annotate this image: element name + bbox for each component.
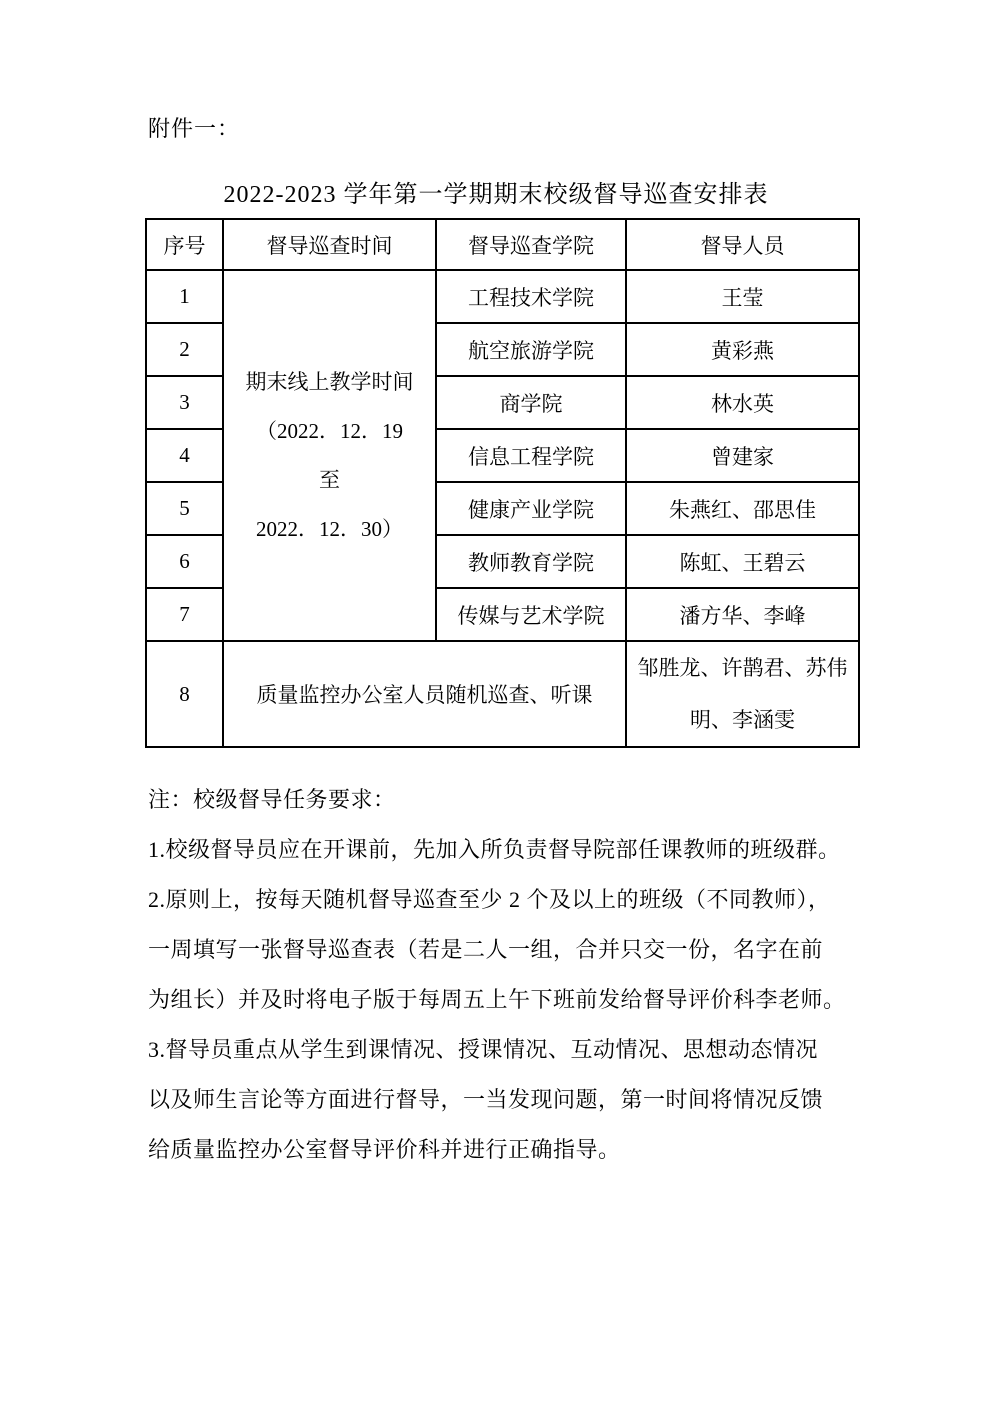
cell-random-inspection-desc: 质量监控办公室人员随机巡查、听课 [223, 641, 626, 747]
cell-college: 健康产业学院 [436, 482, 626, 535]
note-item-3-line: 给质量监控办公室督导评价科并进行正确指导。 [148, 1125, 864, 1175]
time-line: 至 [224, 456, 435, 505]
cell-college: 商学院 [436, 376, 626, 429]
cell-row-no: 6 [146, 535, 223, 588]
cell-row-no: 3 [146, 376, 223, 429]
cell-inspection-time: 期末线上教学时间 （2022．12．19 至 2022．12．30） [223, 270, 436, 641]
note-item-2-line: 一周填写一张督导巡查表（若是二人一组，合并只交一份，名字在前 [148, 925, 864, 975]
cell-supervisor: 林水英 [626, 376, 859, 429]
cell-college: 教师教育学院 [436, 535, 626, 588]
table-row: 1 期末线上教学时间 （2022．12．19 至 2022．12．30） 工程技… [146, 270, 859, 323]
document-page: 附件一： 2022-2023 学年第一学期期末校级督导巡查安排表 序号 督导巡查… [0, 0, 992, 1403]
inspection-schedule-table: 序号 督导巡查时间 督导巡查学院 督导人员 1 期末线上教学时间 （2022．1… [145, 218, 860, 748]
notes-heading: 注：校级督导任务要求： [148, 775, 864, 825]
note-item-2-line: 为组长）并及时将电子版于每周五上午下班前发给督导评价科李老师。 [148, 975, 864, 1025]
cell-supervisor: 曾建家 [626, 429, 859, 482]
cell-row-no: 2 [146, 323, 223, 376]
notes-section: 注：校级督导任务要求： 1.校级督导员应在开课前，先加入所负责督导院部任课教师的… [148, 775, 864, 1175]
cell-row-no: 1 [146, 270, 223, 323]
column-header-supervisor: 督导人员 [626, 219, 859, 270]
column-header-college: 督导巡查学院 [436, 219, 626, 270]
note-item-1-line: 1.校级督导员应在开课前，先加入所负责督导院部任课教师的班级群。 [148, 825, 864, 875]
cell-supervisor: 黄彩燕 [626, 323, 859, 376]
cell-college: 工程技术学院 [436, 270, 626, 323]
cell-supervisor: 邹胜龙、许鹊君、苏伟明、李涵雯 [626, 641, 859, 747]
time-line: 2022．12．30） [224, 505, 435, 554]
cell-supervisor: 陈虹、王碧云 [626, 535, 859, 588]
cell-row-no: 5 [146, 482, 223, 535]
cell-supervisor: 王莹 [626, 270, 859, 323]
cell-college: 传媒与艺术学院 [436, 588, 626, 641]
attachment-label: 附件一： [148, 112, 240, 146]
note-item-2-line: 2.原则上，按每天随机督导巡查至少 2 个及以上的班级（不同教师）， [148, 875, 864, 925]
cell-college: 信息工程学院 [436, 429, 626, 482]
time-line: （2022．12．19 [224, 407, 435, 456]
time-line: 期末线上教学时间 [224, 358, 435, 407]
cell-college: 航空旅游学院 [436, 323, 626, 376]
cell-row-no: 7 [146, 588, 223, 641]
cell-supervisor: 潘方华、李峰 [626, 588, 859, 641]
page-title: 2022-2023 学年第一学期期末校级督导巡查安排表 [0, 176, 992, 214]
note-item-3-line: 以及师生言论等方面进行督导，一当发现问题，第一时间将情况反馈 [148, 1075, 864, 1125]
cell-row-no: 8 [146, 641, 223, 747]
column-header-time: 督导巡查时间 [223, 219, 436, 270]
note-item-3-line: 3.督导员重点从学生到课情况、授课情况、互动情况、思想动态情况 [148, 1025, 864, 1075]
column-header-no: 序号 [146, 219, 223, 270]
cell-row-no: 4 [146, 429, 223, 482]
table-row-random-inspection: 8 质量监控办公室人员随机巡查、听课 邹胜龙、许鹊君、苏伟明、李涵雯 [146, 641, 859, 747]
cell-supervisor: 朱燕红、邵思佳 [626, 482, 859, 535]
table-header-row: 序号 督导巡查时间 督导巡查学院 督导人员 [146, 219, 859, 270]
